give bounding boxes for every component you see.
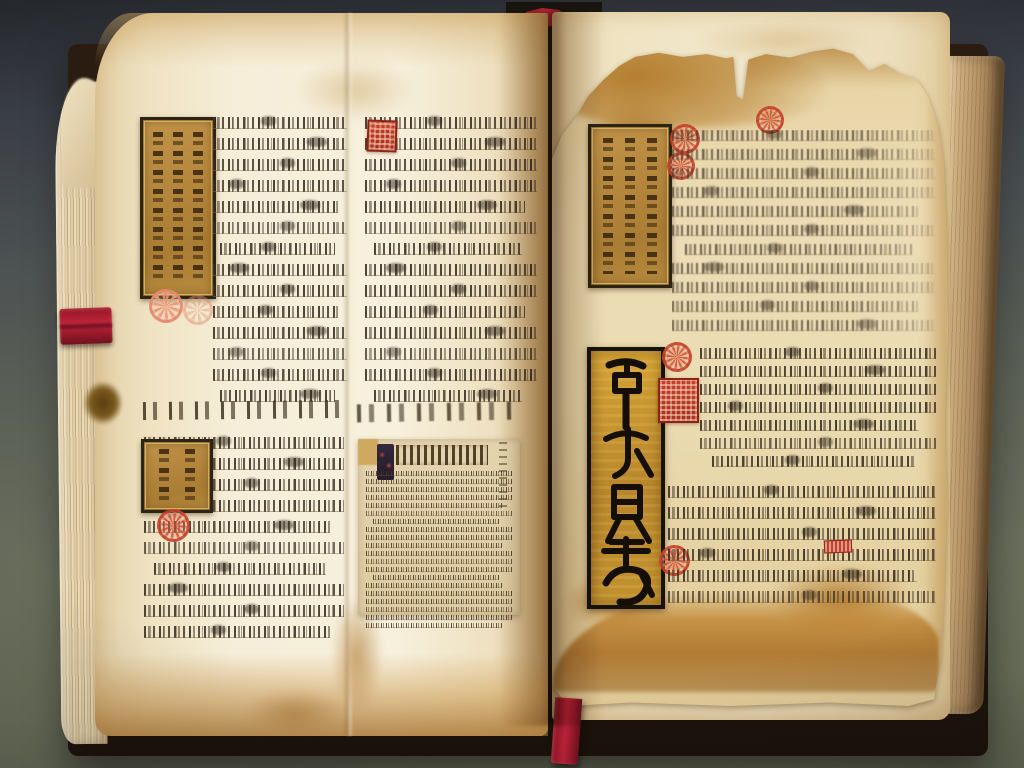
mounted-parchment — [552, 14, 948, 706]
script-row — [144, 542, 344, 554]
script-row — [668, 507, 936, 519]
script-row — [154, 563, 326, 575]
script-row — [373, 575, 499, 580]
calligraphy-column — [185, 449, 195, 502]
calligraphy-column — [625, 138, 635, 274]
script-row — [700, 348, 936, 359]
inset-printed-panel — [358, 439, 520, 615]
script-row — [672, 225, 936, 236]
script-row — [366, 607, 512, 612]
script-row — [366, 559, 512, 564]
script-row — [213, 222, 347, 234]
pink-round-seal — [149, 289, 183, 323]
script-row — [672, 168, 936, 179]
script-row — [144, 626, 330, 638]
script-row — [366, 567, 512, 572]
script-row — [220, 243, 335, 255]
label-cartouche-left — [140, 117, 216, 299]
mounted-parchment-wrap — [552, 14, 948, 706]
script-row — [700, 366, 936, 377]
script-row — [668, 570, 917, 582]
stain-blob-bottom — [245, 689, 345, 735]
calligraphy-column — [193, 132, 203, 283]
stain-bottom-band — [95, 653, 548, 736]
stain-blob-top — [295, 59, 415, 121]
script-row — [213, 159, 347, 171]
script-block-upper-left — [213, 117, 347, 411]
script-row — [366, 615, 512, 620]
script-row — [672, 130, 936, 141]
calligraphy-column — [173, 132, 183, 283]
label-cartouche-small — [141, 439, 213, 513]
script-row — [144, 584, 344, 596]
script-row — [366, 479, 512, 484]
handwritten-line-right — [357, 402, 519, 423]
script-row — [700, 420, 919, 431]
script-row — [672, 206, 918, 217]
script-row — [366, 503, 502, 508]
script-row — [213, 180, 347, 192]
calligraphy-column — [159, 449, 169, 502]
script-row — [366, 543, 502, 548]
script-row — [700, 438, 936, 449]
script-row — [373, 519, 499, 524]
inset-header-band — [396, 445, 488, 465]
red-square-carved-seal — [658, 378, 699, 423]
script-row — [366, 551, 512, 556]
stain-top-edge — [95, 13, 548, 67]
red-square-seal — [366, 119, 397, 152]
ribbon-bookmark-left — [59, 307, 112, 345]
ink-blot-stain — [83, 381, 123, 425]
script-row — [213, 369, 347, 381]
script-row — [672, 320, 936, 331]
script-row — [668, 549, 936, 561]
script-row — [366, 511, 512, 516]
script-row — [213, 348, 347, 360]
calligraphy-column — [603, 138, 613, 274]
script-row — [366, 471, 512, 476]
script-row — [700, 384, 936, 395]
script-row — [366, 583, 502, 588]
script-row — [672, 301, 918, 312]
calligraphy-column — [647, 138, 657, 274]
script-row — [213, 264, 347, 276]
handwritten-line-left — [143, 400, 347, 420]
tan-patch-left — [358, 439, 378, 465]
script-row — [685, 244, 912, 255]
script-row — [712, 456, 915, 467]
script-row — [213, 138, 347, 150]
script-row — [366, 591, 512, 596]
script-row — [366, 623, 502, 628]
script-row — [668, 528, 936, 540]
script-row — [366, 599, 512, 604]
script-row — [672, 282, 936, 293]
script-row — [672, 149, 936, 160]
script-row — [213, 306, 338, 318]
script-row — [668, 591, 936, 603]
script-row — [213, 285, 347, 297]
script-block-middle — [700, 348, 936, 474]
photo-scene — [0, 0, 1024, 768]
script-row — [213, 117, 347, 129]
script-row — [672, 263, 936, 274]
script-row — [672, 187, 936, 198]
gutter-shadow — [500, 10, 604, 726]
red-round-seal-panel-top — [662, 342, 692, 372]
script-block-upper — [672, 130, 936, 339]
script-row — [144, 605, 344, 617]
small-red-stamp — [824, 540, 852, 554]
script-row — [668, 486, 936, 498]
red-round-seal — [157, 509, 190, 542]
script-row — [213, 201, 338, 213]
left-page — [95, 13, 548, 736]
script-row — [366, 495, 512, 500]
calligraphy-column — [153, 132, 163, 283]
script-row — [213, 327, 347, 339]
stain-top-right — [734, 43, 940, 88]
script-row — [366, 535, 512, 540]
script-row — [366, 527, 512, 532]
fine-print-rows — [366, 471, 512, 631]
faded-pink-floral-seal — [183, 295, 213, 325]
script-row — [366, 487, 512, 492]
script-row — [700, 402, 936, 413]
script-block-lower — [668, 486, 936, 612]
